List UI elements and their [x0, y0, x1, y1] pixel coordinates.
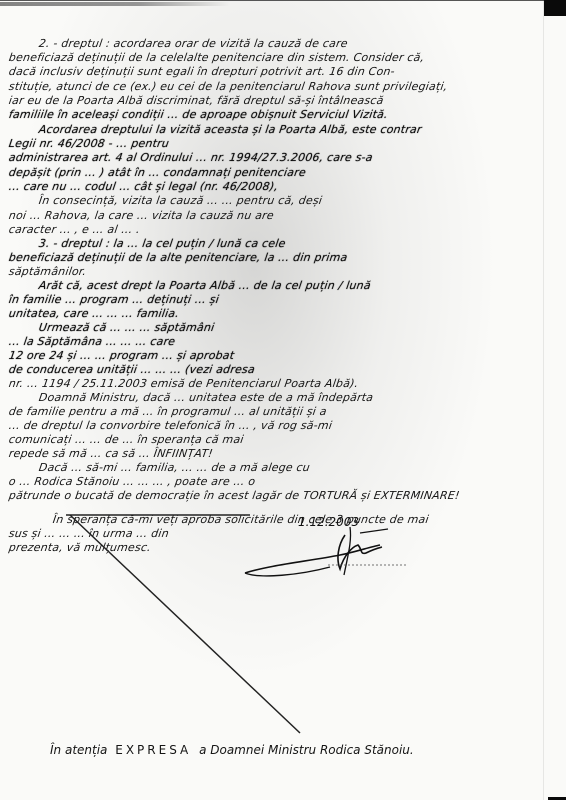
letter-line: beneficiază deținuții de la alte peniten… [8, 251, 348, 264]
scan-smudge [0, 2, 230, 6]
letter-line: unitatea, care ... ... ... familia. [8, 307, 180, 320]
letter-line: 3. - dreptul : la ... la cel puțin / lun… [38, 237, 286, 250]
letter-line: 2. - dreptul : acordarea orar de vizită … [38, 37, 349, 50]
letter-line: pătrunde o bucată de democrație în acest… [8, 489, 461, 502]
letter-line: repede să mă ... ca să ... ÎNFIINȚAT! [8, 447, 214, 460]
letter-line: de conducerea unității ... ... ... (vezi… [8, 363, 256, 376]
letter-line: Dacă ... să-mi ... familia, ... ... de a… [38, 461, 311, 474]
letter-line: prezenta, vă mulțumesc. [8, 541, 152, 554]
letter-line: dacă inclusiv deținuții sunt egali în dr… [8, 65, 396, 78]
letter-line: stituție, atunci de ce (ex.) eu cei de l… [8, 80, 448, 93]
letter-line: comunicați ... ... de ... în speranța că… [8, 433, 245, 446]
letter-line: ... care nu ... codul ... cât și legal (… [8, 180, 279, 193]
letter-line: Arăt că, acest drept la Poarta Albă ... … [38, 279, 372, 292]
letter-line: iar eu de la Poarta Albă discriminat, fă… [8, 94, 385, 107]
letter-line: Urmează că ... ... ... săptămâni [38, 321, 215, 334]
letter-line: familiile în aceleași condiții ... de ap… [8, 108, 389, 121]
scan-right-edge [543, 0, 544, 800]
footer-emphasis: EXPRESA [115, 743, 191, 757]
letter-line: în familie ... program ... deținuți ... … [8, 293, 220, 306]
scan-corner-mark [544, 0, 566, 16]
letter-line: În consecință, vizita la cauză ... ... p… [38, 194, 323, 207]
letter-line: nr. ... 1194 / 25.11.2003 emisă de Penit… [8, 377, 359, 390]
footer-addressee: În atenția EXPRESA a Doamnei Ministru Ro… [50, 743, 414, 757]
page-top-edge [0, 0, 566, 1]
letter-line: săptămânilor. [8, 265, 87, 278]
letter-line: Doamnă Ministru, dacă ... unitatea este … [38, 391, 374, 404]
letter-line: de familie pentru a mă ... în programul … [8, 405, 328, 418]
letter-line: depășit (prin ... ) atât în ... condamna… [8, 166, 307, 179]
footer-suffix: a Doamnei Ministru Rodica Stănoiu. [199, 743, 414, 757]
letter-line: caracter ... , e ... al ... . [8, 223, 141, 236]
letter-line: 12 ore 24 și ... ... program ... și apro… [8, 349, 235, 362]
letter-line: administrarea art. 4 al Ordinului ... nr… [8, 151, 374, 164]
signature [240, 525, 410, 585]
letter-line: Legii nr. 46/2008 - ... pentru [8, 137, 170, 150]
letter-line: ... de dreptul la convorbire telefonică … [8, 419, 333, 432]
letter-line: sus și ... ... ... în urma ... din [8, 527, 170, 540]
footer-prefix: În atenția [50, 743, 107, 757]
letter-line: Acordarea dreptului la vizită aceasta și… [38, 123, 423, 136]
letter-line: o ... Rodica Stănoiu ... ... ... , poate… [8, 475, 256, 488]
letter-line: noi ... Rahova, la care ... vizita la ca… [8, 209, 275, 222]
letter-line: beneficiază deținuții de la celelalte pe… [8, 51, 425, 64]
letter-line: ... la Săptămâna ... ... ... care [8, 335, 176, 348]
scanned-page: 2. - dreptul : acordarea orar de vizită … [0, 0, 566, 800]
